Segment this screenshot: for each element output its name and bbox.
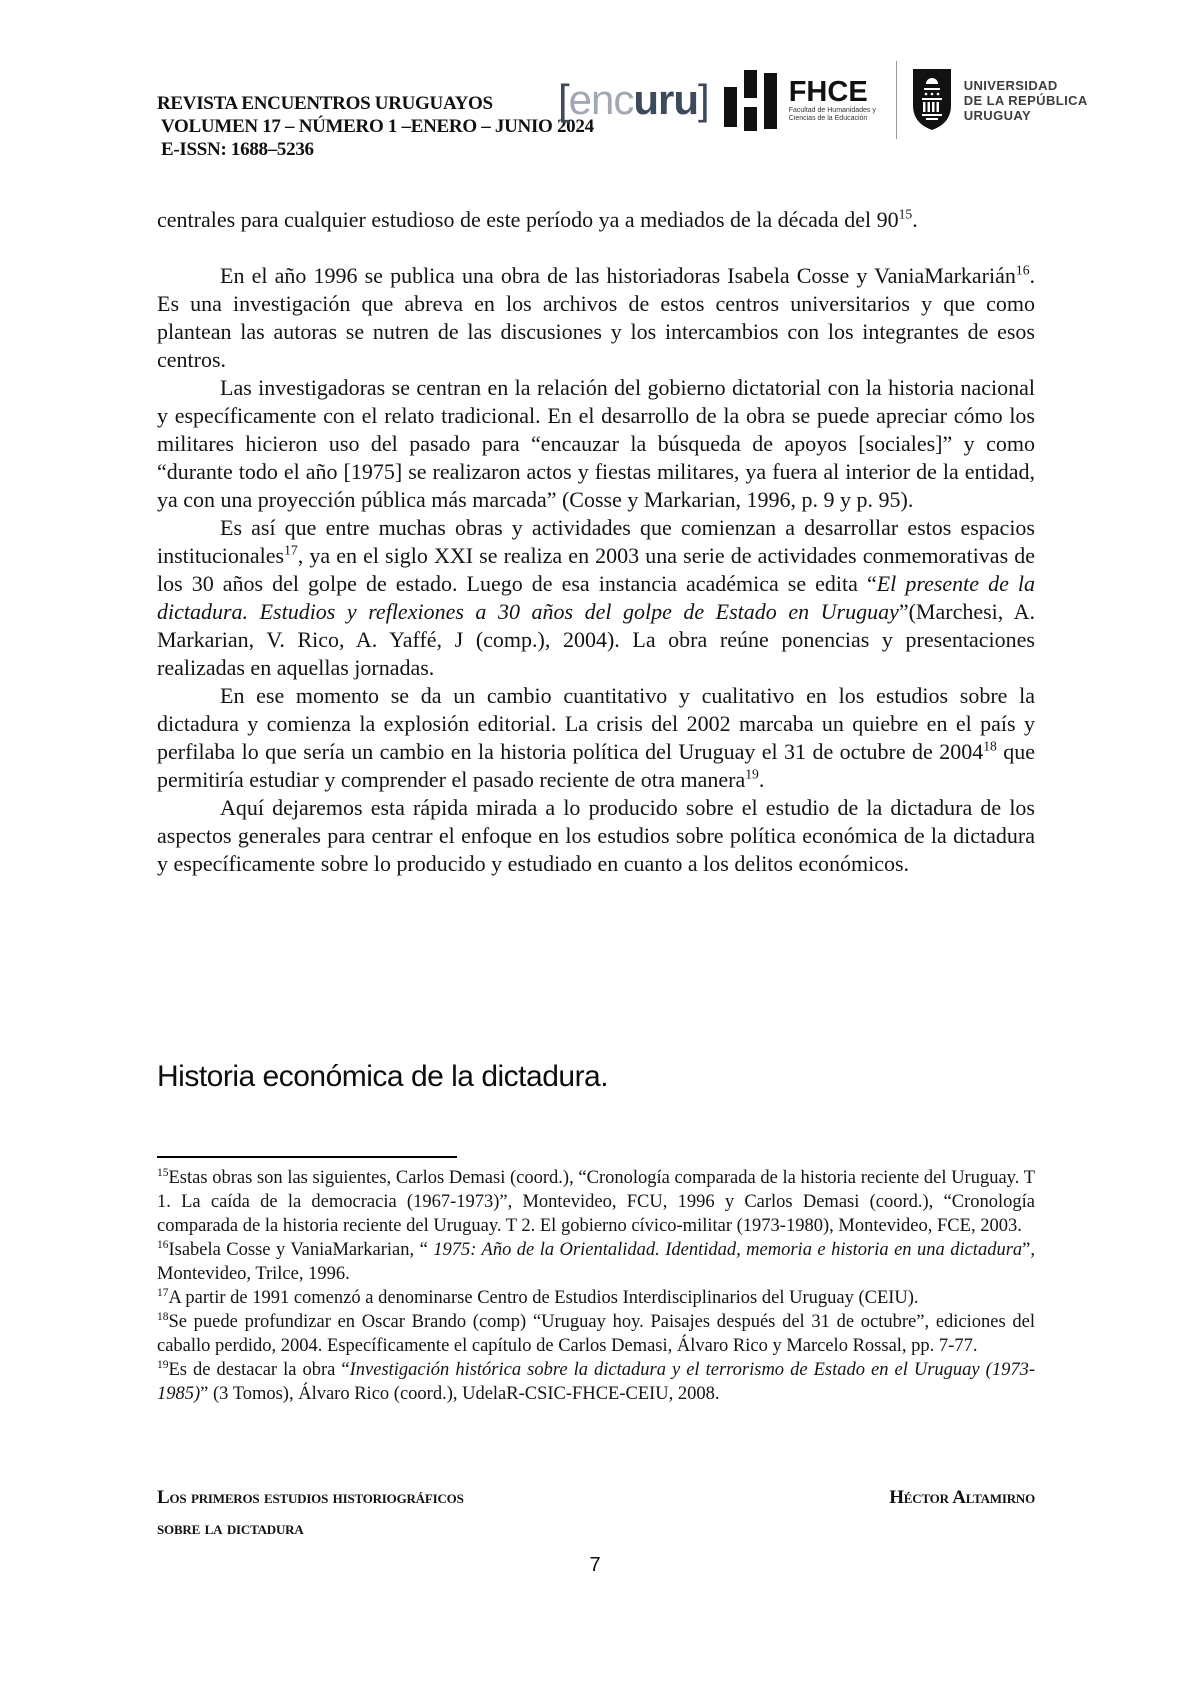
- footnote: 18Se puede profundizar en Oscar Brando (…: [157, 1310, 1035, 1358]
- text-line: VOLUMEN 17 – NÚMERO 1 –ENERO – JUNIO 202…: [157, 115, 594, 138]
- fhce-logo-icon: [724, 64, 777, 136]
- text-line: DE LA REPÚBLICA: [964, 93, 1088, 108]
- paragraph: En el año 1996 se publica una obra de la…: [157, 262, 1035, 374]
- footnote: 17A partir de 1991 comenzó a denominarse…: [157, 1286, 1035, 1310]
- paragraph: centrales para cualquier estudioso de es…: [157, 206, 1035, 234]
- article-body: centrales para cualquier estudioso de es…: [157, 206, 1035, 878]
- encuru-text-dark: uru: [633, 76, 698, 124]
- author-name: Héctor Altamirno: [889, 1482, 1035, 1513]
- text-line: REVISTA ENCUENTROS URUGUAYOS: [157, 92, 594, 115]
- paragraph: Las investigadoras se centran en la rela…: [157, 374, 1035, 514]
- paragraph: Es así que entre muchas obras y activida…: [157, 514, 1035, 682]
- fhce-logo: FHCE Facultad de Humanidades y Ciencias …: [724, 64, 881, 136]
- journal-header-info: REVISTA ENCUENTROS URUGUAYOSVOLUMEN 17 –…: [157, 92, 594, 161]
- journal-page: REVISTA ENCUENTROS URUGUAYOSVOLUMEN 17 –…: [0, 0, 1190, 1684]
- footnote-separator: [157, 1156, 457, 1158]
- fhce-acronym: FHCE: [789, 77, 881, 107]
- text-line: URUGUAY: [964, 108, 1088, 123]
- running-footer: Los primeros estudios historiográficosso…: [157, 1482, 1035, 1544]
- udelar-logo: UNIVERSIDADDE LA REPÚBLICAURUGUAY: [912, 68, 1088, 132]
- encuru-bracket-left: [: [558, 76, 569, 124]
- logo-divider: [896, 61, 897, 139]
- footnote: 16Isabela Cosse y VaniaMarkarian, “ 1975…: [157, 1238, 1035, 1286]
- paragraph: En ese momento se da un cambio cuantitat…: [157, 682, 1035, 794]
- footnotes: 15Estas obras son las siguientes, Carlos…: [157, 1166, 1035, 1406]
- footnote: 19Es de destacar la obra “Investigación …: [157, 1358, 1035, 1406]
- text-line: Los primeros estudios historiográficos: [157, 1482, 464, 1513]
- footnote: 15Estas obras son las siguientes, Carlos…: [157, 1166, 1035, 1238]
- page-number: 7: [0, 1554, 1190, 1577]
- encuru-text-light: enc: [569, 76, 634, 124]
- header-logos: [encuru] FHCE Facultad de Humanidades y …: [558, 55, 1088, 145]
- fhce-subtitle: Facultad de Humanidades y Ciencias de la…: [789, 107, 881, 123]
- udelar-shield-icon: [912, 68, 952, 132]
- section-heading: Historia económica de la dictadura.: [157, 1060, 608, 1094]
- text-line: sobre la dictadura: [157, 1513, 464, 1544]
- udelar-wordmark: UNIVERSIDADDE LA REPÚBLICAURUGUAY: [964, 78, 1088, 123]
- text-line: E-ISSN: 1688–5236: [157, 138, 594, 161]
- encuru-bracket-right: ]: [698, 76, 709, 124]
- encuru-logo: [encuru]: [558, 76, 709, 124]
- text-line: UNIVERSIDAD: [964, 78, 1088, 93]
- paragraph: Aquí dejaremos esta rápida mirada a lo p…: [157, 794, 1035, 878]
- running-title: Los primeros estudios historiográficosso…: [157, 1482, 464, 1544]
